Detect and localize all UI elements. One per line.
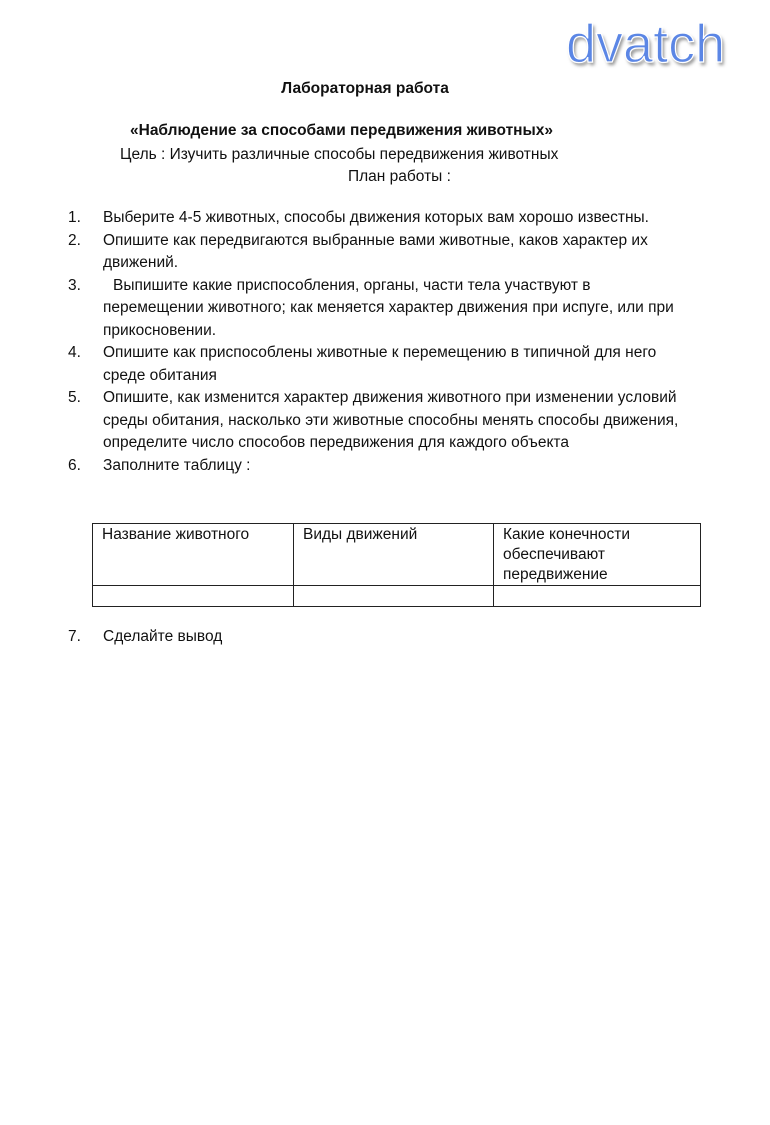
- list-item: 4. Опишите как приспособлены животные к …: [0, 342, 770, 387]
- list-item: 6. Заполните таблицу :: [0, 455, 770, 478]
- plan-heading: План работы :: [348, 168, 451, 186]
- step-number: 1.: [68, 207, 81, 230]
- table-cell: [494, 586, 701, 607]
- list-item: 3. Выпишите какие приспособления, органы…: [0, 275, 770, 343]
- movement-table-container: Название животного Виды движений Какие к…: [92, 523, 701, 607]
- list-item: 2. Опишите как передвигаются выбранные в…: [0, 230, 770, 275]
- header-limbs: Какие конечности обеспечивают передвижен…: [494, 524, 701, 586]
- list-item: 1. Выберите 4-5 животных, способы движен…: [0, 207, 770, 230]
- table-cell: [294, 586, 494, 607]
- step-number: 3.: [68, 275, 81, 298]
- step-text: Заполните таблицу :: [103, 455, 693, 478]
- step-number: 4.: [68, 342, 81, 365]
- list-item: 5. Опишите, как изменится характер движе…: [0, 387, 770, 455]
- document-subtitle: «Наблюдение за способами передвижения жи…: [130, 122, 553, 140]
- movement-table: Название животного Виды движений Какие к…: [92, 523, 701, 607]
- header-animal-name: Название животного: [93, 524, 294, 586]
- table-row: [93, 586, 701, 607]
- step-text: Сделайте вывод: [103, 628, 222, 646]
- document-title: Лабораторная работа: [0, 80, 770, 98]
- step-number: 2.: [68, 230, 81, 253]
- step-text: Выберите 4-5 животных, способы движения …: [103, 207, 693, 230]
- steps-list: 1. Выберите 4-5 животных, способы движен…: [0, 207, 770, 477]
- document-goal: Цель : Изучить различные способы передви…: [120, 146, 558, 164]
- header-movement-types: Виды движений: [294, 524, 494, 586]
- table-cell: [93, 586, 294, 607]
- document-title-text: Лабораторная работа: [281, 80, 449, 97]
- table-header-row: Название животного Виды движений Какие к…: [93, 524, 701, 586]
- step-text: Опишите как приспособлены животные к пер…: [103, 342, 693, 387]
- step-number: 5.: [68, 387, 81, 410]
- watermark-logo: dvatch: [566, 14, 725, 74]
- step-number: 6.: [68, 455, 81, 478]
- step-text: Выпишите какие приспособления, органы, ч…: [103, 275, 693, 343]
- step-text: Опишите как передвигаются выбранные вами…: [103, 230, 693, 275]
- step-number: 7.: [68, 628, 81, 646]
- step-text: Опишите, как изменится характер движения…: [103, 387, 693, 455]
